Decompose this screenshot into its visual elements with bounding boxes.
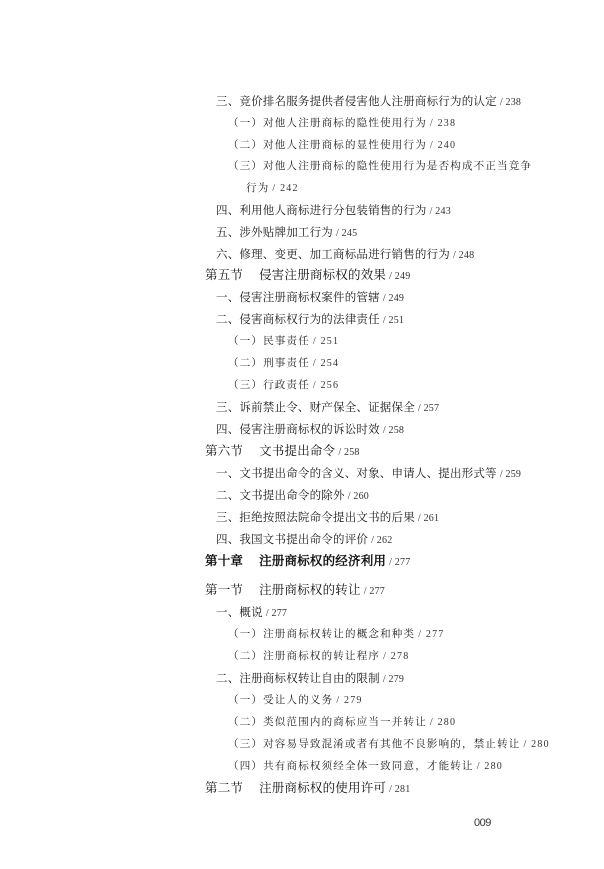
entry-title: （一）对他人注册商标的隐性使用行为 — [228, 117, 427, 129]
entry-page: / 261 — [418, 513, 439, 524]
entry-title: （三）对他人注册商标的隐性使用行为是否构成不正当竞争 — [228, 160, 532, 172]
entry-title: 一、概说 — [216, 605, 263, 619]
entry-title: （四）共有商标权须经全体一致同意，才能转让 — [228, 760, 474, 772]
toc-entry[interactable]: （三）对容易导致混淆或者有其他不良影响的，禁止转让/ 280 — [228, 736, 550, 753]
entry-page: / 242 — [272, 183, 298, 194]
entry-title: （二）类似范围内的商标应当一并转让 — [228, 716, 427, 728]
entry-page: / 260 — [348, 491, 369, 502]
toc-entry[interactable]: （二）对他人注册商标的显性使用行为/ 240 — [228, 137, 456, 154]
entry-title: 五、涉外贴牌加工行为 — [216, 225, 333, 239]
section-title: 侵害注册商标权的效果 — [259, 267, 386, 282]
entry-title: （一）民事责任 — [228, 335, 310, 347]
entry-page: / 249 — [389, 271, 410, 282]
toc-entry[interactable]: （一）受让人的义务/ 279 — [228, 692, 363, 709]
section-title: 文书提出命令 — [259, 443, 335, 458]
toc-entry[interactable]: 二、侵害商标权行为的法律责任/ 251 — [216, 311, 404, 329]
toc-entry[interactable]: （二）类似范围内的商标应当一并转让/ 280 — [228, 714, 456, 731]
toc-entry[interactable]: （一）对他人注册商标的隐性使用行为/ 238 — [228, 115, 456, 132]
toc-entry[interactable]: （三）对他人注册商标的隐性使用行为是否构成不正当竞争 — [228, 158, 535, 175]
entry-title: 一、文书提出命令的含义、对象、申请人、提出形式等 — [216, 466, 497, 480]
toc-entry[interactable]: 五、涉外贴牌加工行为/ 245 — [216, 224, 357, 242]
toc-entry[interactable]: 六、修理、变更、加工商标品进行销售的行为/ 248 — [216, 246, 474, 264]
entry-title: 三、诉前禁止令、财产保全、证据保全 — [216, 400, 415, 414]
entry-page: / 256 — [313, 380, 339, 391]
toc-chapter-heading[interactable]: 第十章注册商标权的经济利用/ 277 — [205, 553, 410, 571]
entry-page: / 258 — [338, 447, 359, 458]
entry-page: / 248 — [453, 250, 474, 261]
toc-entry-continuation[interactable]: 行为/ 242 — [246, 180, 299, 197]
toc-entry[interactable]: 一、侵害注册商标权案件的管辖/ 249 — [216, 289, 404, 307]
entry-title: 二、侵害商标权行为的法律责任 — [216, 312, 380, 326]
toc-entry[interactable]: 三、竞价排名服务提供者侵害他人注册商标行为的认定/ 238 — [216, 93, 521, 111]
chapter-label: 第十章 — [205, 553, 243, 568]
toc-entry[interactable]: （二）刑事责任/ 254 — [228, 355, 339, 372]
entry-title: （三）对容易导致混淆或者有其他不良影响的，禁止转让 — [228, 738, 521, 750]
entry-title: 四、利用他人商标进行分包装销售的行为 — [216, 203, 427, 217]
page-number: 009 — [474, 817, 491, 829]
toc-entry[interactable]: 四、利用他人商标进行分包装销售的行为/ 243 — [216, 202, 451, 220]
entry-page: / 281 — [389, 784, 410, 795]
entry-page: / 277 — [266, 608, 287, 619]
section-label: 第五节 — [205, 267, 243, 282]
toc-entry[interactable]: （三）行政责任/ 256 — [228, 377, 339, 394]
entry-page: / 277 — [389, 557, 410, 568]
entry-title: （一）注册商标权转让的概念和种类 — [228, 628, 415, 640]
entry-title: （三）行政责任 — [228, 379, 310, 391]
section-label: 第六节 — [205, 443, 243, 458]
entry-page: / 257 — [418, 403, 439, 414]
toc-entry[interactable]: （二）注册商标权的转让程序/ 278 — [228, 648, 409, 665]
toc-entry[interactable]: 二、注册商标权转让自由的限制/ 279 — [216, 670, 404, 688]
entry-page: / 240 — [430, 140, 456, 151]
toc-section-heading[interactable]: 第二节注册商标权的使用许可/ 281 — [205, 780, 410, 798]
entry-title: 二、注册商标权转让自由的限制 — [216, 671, 380, 685]
toc-entry[interactable]: （一）民事责任/ 251 — [228, 333, 339, 350]
entry-title: （二）对他人注册商标的显性使用行为 — [228, 139, 427, 151]
toc-section-heading[interactable]: 第五节侵害注册商标权的效果/ 249 — [205, 267, 410, 285]
toc-entry[interactable]: 一、概说/ 277 — [216, 604, 287, 622]
section-title: 注册商标权的转让 — [259, 582, 361, 597]
entry-title: 四、我国文书提出命令的评价 — [216, 532, 368, 546]
entry-page: / 279 — [383, 674, 404, 685]
entry-page: / 258 — [383, 425, 404, 436]
entry-title: 三、拒绝按照法院命令提出文书的后果 — [216, 510, 415, 524]
section-title: 注册商标权的使用许可 — [259, 780, 386, 795]
entry-page: / 238 — [430, 118, 456, 129]
entry-page: / 278 — [383, 651, 409, 662]
toc-section-heading[interactable]: 第一节注册商标权的转让/ 277 — [205, 582, 385, 600]
entry-page: / 277 — [418, 629, 444, 640]
entry-title: 行为 — [246, 182, 269, 194]
toc-entry[interactable]: 一、文书提出命令的含义、对象、申请人、提出形式等/ 259 — [216, 465, 521, 483]
toc-entry[interactable]: 二、文书提出命令的除外/ 260 — [216, 487, 369, 505]
entry-title: （二）刑事责任 — [228, 357, 310, 369]
section-label: 第一节 — [205, 582, 243, 597]
entry-page: / 249 — [383, 293, 404, 304]
entry-page: / 277 — [364, 586, 385, 597]
entry-page: / 259 — [500, 469, 521, 480]
entry-page: / 245 — [336, 228, 357, 239]
entry-page: / 251 — [313, 336, 339, 347]
entry-page: / 280 — [477, 761, 503, 772]
toc-entry[interactable]: 三、拒绝按照法院命令提出文书的后果/ 261 — [216, 509, 439, 527]
toc-entry[interactable]: 四、我国文书提出命令的评价/ 262 — [216, 531, 392, 549]
entry-page: / 243 — [430, 206, 451, 217]
entry-title: （一）受让人的义务 — [228, 694, 333, 706]
chapter-title: 注册商标权的经济利用 — [259, 553, 386, 568]
entry-title: （二）注册商标权的转让程序 — [228, 650, 380, 662]
entry-title: 六、修理、变更、加工商标品进行销售的行为 — [216, 247, 450, 261]
toc-section-heading[interactable]: 第六节文书提出命令/ 258 — [205, 443, 360, 461]
entry-page: / 254 — [313, 358, 339, 369]
entry-page: / 262 — [371, 535, 392, 546]
section-label: 第二节 — [205, 780, 243, 795]
entry-page: / 279 — [336, 695, 362, 706]
entry-page: / 280 — [524, 739, 550, 750]
entry-title: 二、文书提出命令的除外 — [216, 488, 345, 502]
toc-entry[interactable]: （四）共有商标权须经全体一致同意，才能转让/ 280 — [228, 758, 503, 775]
toc-entry[interactable]: （一）注册商标权转让的概念和种类/ 277 — [228, 626, 444, 643]
entry-page: / 251 — [383, 315, 404, 326]
entry-page: / 280 — [430, 717, 456, 728]
entry-title: 一、侵害注册商标权案件的管辖 — [216, 290, 380, 304]
entry-title: 四、侵害注册商标权的诉讼时效 — [216, 422, 380, 436]
entry-page: / 238 — [500, 97, 521, 108]
toc-entry[interactable]: 三、诉前禁止令、财产保全、证据保全/ 257 — [216, 399, 439, 417]
entry-title: 三、竞价排名服务提供者侵害他人注册商标行为的认定 — [216, 94, 497, 108]
toc-entry[interactable]: 四、侵害注册商标权的诉讼时效/ 258 — [216, 421, 404, 439]
